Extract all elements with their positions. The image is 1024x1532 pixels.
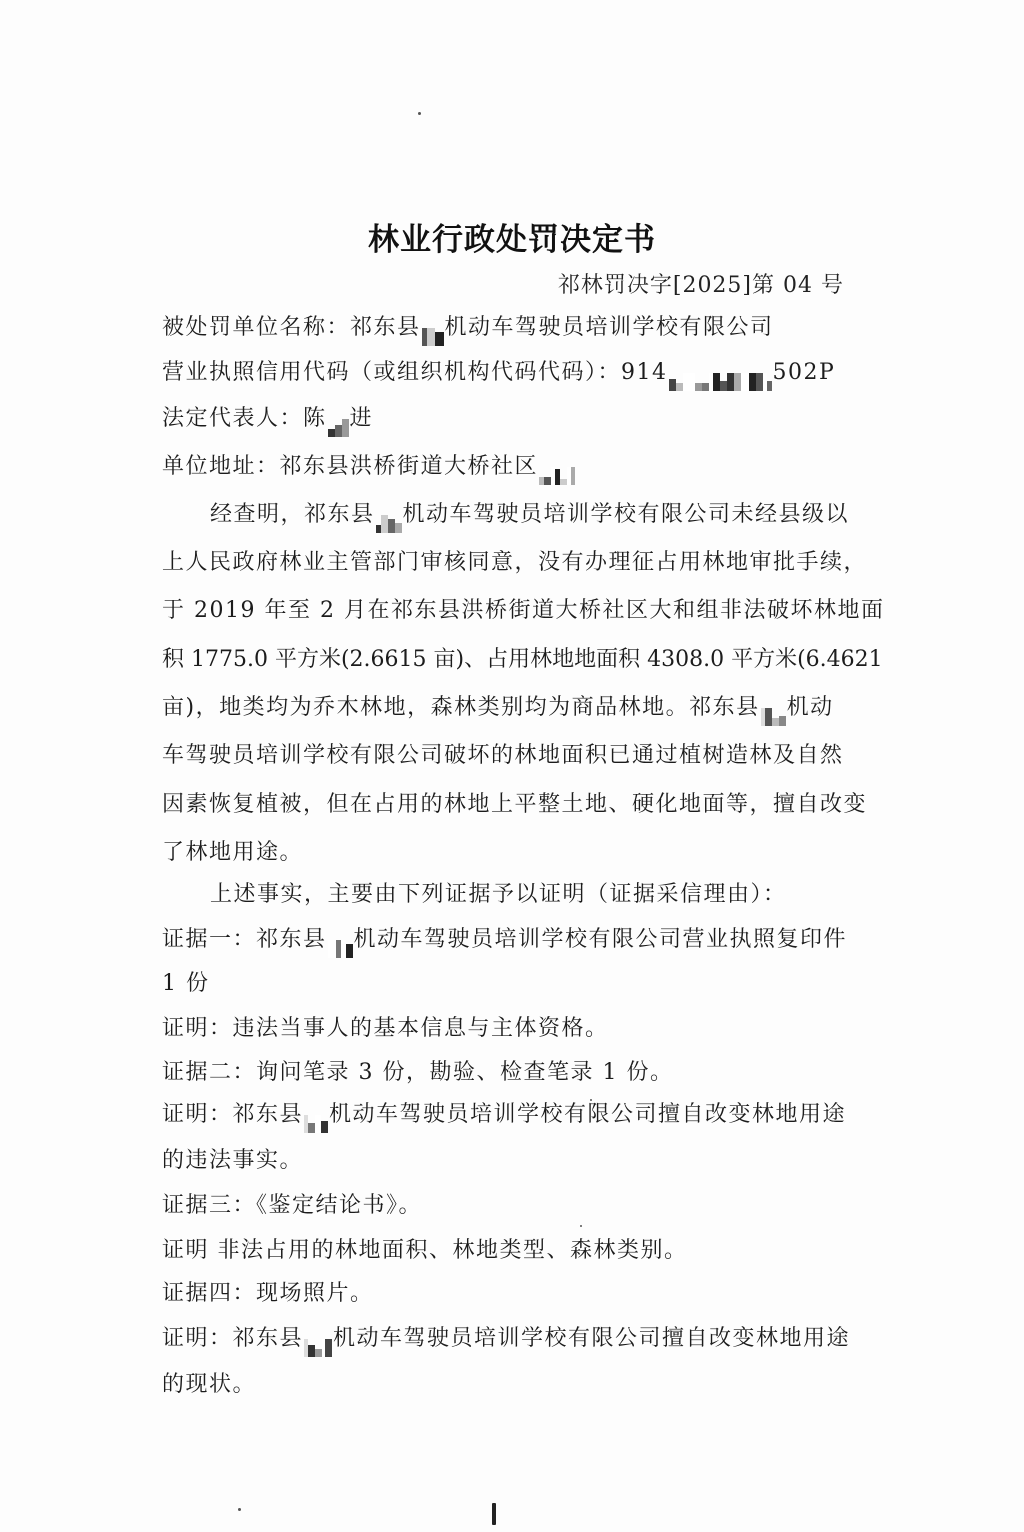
address-label: 单位地址： <box>162 454 280 479</box>
facts-line-7: 因素恢复植被，但在占用的林地上平整土地、硬化地面等，擅自改变 <box>162 790 867 820</box>
facts-line-1: 经查明，祁东县机动车驾驶员培训学校有限公司未经县级以 <box>210 500 849 530</box>
redaction-mosaic <box>328 407 349 427</box>
legal-rep-suffix: 进 <box>350 406 374 431</box>
redaction-mosaic <box>539 455 575 475</box>
penalized-unit-label: 被处罚单位名称： <box>162 315 350 340</box>
evidence-intro: 上述事实，主要由下列证据予以证明（证据采信理由）： <box>210 880 787 910</box>
facts-line-2: 上人民政府林业主管部门审核同意，没有办理征占用林地审批手续， <box>162 548 867 578</box>
evidence-3-proof: 证明 非法占用的林地面积、林地类型、森林类别。 <box>162 1236 688 1266</box>
evidence-text: 机动车驾驶员培训学校有限公司擅自改变林地用途 <box>333 1326 850 1351</box>
legal-rep-prefix: 陈 <box>303 406 327 431</box>
address-value: 祁东县洪桥街道大桥社区 <box>280 454 539 479</box>
facts-line-6: 车驾驶员培训学校有限公司破坏的林地面积已通过植树造林及自然 <box>162 741 844 771</box>
evidence-2-proof-cont: 的违法事实。 <box>162 1146 303 1176</box>
evidence-1-proof: 证明：违法当事人的基本信息与主体资格。 <box>162 1014 609 1044</box>
redaction-mosaic <box>376 503 402 523</box>
evidence-text: 证明：祁东县 <box>162 1326 303 1351</box>
facts-line-3: 于 2019 年至 2 月在祁东县洪桥街道大桥社区大和组非法破坏林地面 <box>162 596 884 626</box>
evidence-1-item: 证据一：祁东县机动车驾驶员培训学校有限公司营业执照复印件 <box>162 925 847 955</box>
document-page: 林业行政处罚决定书 祁林罚决字[2025]第 04 号 被处罚单位名称：祁东县机… <box>0 0 1024 1532</box>
evidence-text: 证据一：祁东县 <box>162 927 327 952</box>
facts-text: 机动车驾驶员培训学校有限公司未经县级以 <box>403 502 850 527</box>
redaction-mosaic <box>328 928 353 948</box>
evidence-4-proof: 证明：祁东县机动车驾驶员培训学校有限公司擅自改变林地用途 <box>162 1324 850 1354</box>
evidence-2-item: 证据二：询问笔录 3 份，勘验、检查笔录 1 份。 <box>162 1058 673 1088</box>
address-line: 单位地址：祁东县洪桥街道大桥社区 <box>162 452 576 482</box>
evidence-3-item: 证据三：《鉴定结论书》。 <box>162 1191 422 1221</box>
penalized-unit-prefix: 祁东县 <box>350 315 421 340</box>
license-code-label: 营业执照信用代码（或组织机构代码代码）： <box>162 360 621 385</box>
license-code-line: 营业执照信用代码（或组织机构代码代码）：914502P <box>162 358 835 388</box>
scan-speck <box>238 1508 241 1511</box>
evidence-4-proof-cont: 的现状。 <box>162 1370 256 1400</box>
penalized-unit-line: 被处罚单位名称：祁东县机动车驾驶员培训学校有限公司 <box>162 313 774 343</box>
document-number: 祁林罚决字[2025]第 04 号 <box>558 268 844 299</box>
redaction-mosaic <box>422 316 444 336</box>
redaction-mosaic <box>761 696 786 716</box>
license-code-suffix: 502P <box>773 360 836 385</box>
evidence-1-item-cont: 1 份 <box>162 969 210 999</box>
redaction-mosaic <box>304 1103 328 1123</box>
legal-rep-label: 法定代表人： <box>162 406 303 431</box>
evidence-text: 机动车驾驶员培训学校有限公司营业执照复印件 <box>354 927 848 952</box>
evidence-4-item: 证据四：现场照片。 <box>162 1279 374 1309</box>
facts-line-5: 亩)，地类均为乔木林地，森林类别均为商品林地。祁东县机动 <box>162 693 834 723</box>
facts-text: 经查明，祁东县 <box>210 502 375 527</box>
legal-rep-line: 法定代表人：陈进 <box>162 404 373 434</box>
facts-text: 机动 <box>787 695 834 720</box>
evidence-text: 机动车驾驶员培训学校有限公司擅自改变林地用途 <box>329 1102 846 1127</box>
evidence-text: 证明：祁东县 <box>162 1102 303 1127</box>
facts-text: 亩)，地类均为乔木林地，森林类别均为商品林地。祁东县 <box>162 695 760 720</box>
scan-speck <box>418 112 421 115</box>
penalized-unit-suffix: 机动车驾驶员培训学校有限公司 <box>445 315 774 340</box>
scan-speck <box>580 1225 582 1227</box>
license-code-prefix: 914 <box>621 360 668 385</box>
page-mark <box>492 1503 496 1525</box>
document-title: 林业行政处罚决定书 <box>0 214 1024 259</box>
evidence-2-proof: 证明：祁东县机动车驾驶员培训学校有限公司擅自改变林地用途 <box>162 1100 846 1130</box>
facts-line-4: 积 1775.0 平方米(2.6615 亩)、占用林地地面积 4308.0 平方… <box>162 645 883 675</box>
facts-line-8: 了林地用途。 <box>162 838 303 868</box>
redaction-mosaic <box>669 361 772 381</box>
redaction-mosaic <box>304 1327 332 1347</box>
scan-speck <box>590 1099 592 1101</box>
